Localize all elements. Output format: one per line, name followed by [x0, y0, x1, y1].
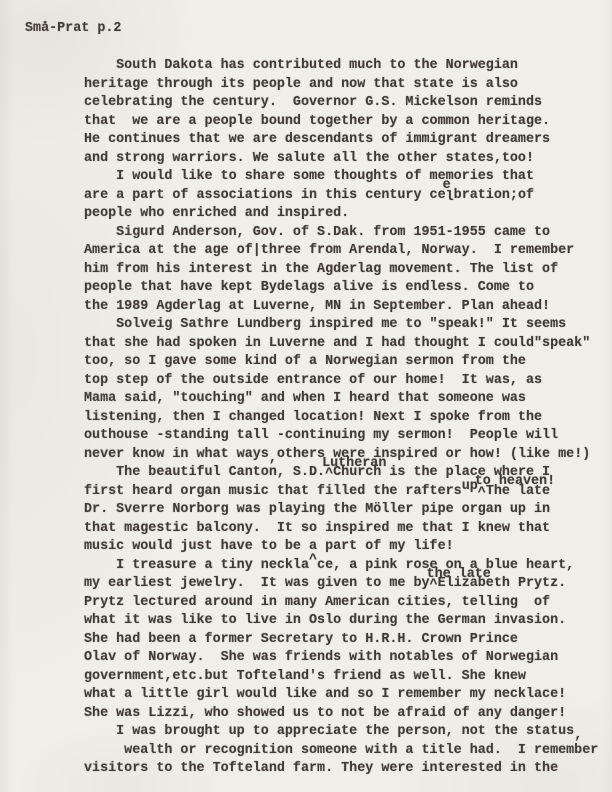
text-line: what a little girl would like and so I r… [84, 686, 598, 705]
typed-insertion: le [446, 187, 454, 206]
page-header-title: Små-Prat p.2 [25, 21, 121, 36]
text-line: Mama said, "touching" and when I heard t… [84, 390, 598, 409]
text-line: South Dakota has contributed much to the… [84, 57, 598, 76]
text-line: Dr. Sverre Norborg was playing the Mölle… [84, 501, 598, 520]
text-line: He continues that we are descendants of … [84, 131, 598, 150]
text-line: people who enriched and inspired. [84, 205, 598, 224]
text-line: celebrating the century. Governor G.S. M… [84, 94, 598, 113]
text-line: She was Lizzi, who showed us to not be a… [84, 705, 598, 724]
text-line: the 1989 Agderlag at Luverne, MN in Sept… [84, 298, 598, 317]
document-page: Små-Prat p.2 South Dakota has contribute… [0, 0, 612, 792]
text-line: are a part of associations in this centu… [84, 187, 598, 206]
text-line: Prytz lectured around in many American c… [84, 594, 598, 613]
text-line: and strong warriors. We salute all the o… [84, 150, 598, 169]
text-line: I would like to share some thoughts of m… [84, 168, 598, 187]
text-line: too, so I gave some kind of a Norwegian … [84, 353, 598, 372]
typed-insertion: ^Lutheran [325, 464, 333, 483]
text-line: visitors to the Tofteland farm. They wer… [84, 760, 598, 779]
text-line: wealth or recognition someone with a tit… [84, 742, 598, 761]
text-line: Olav of Norway. She was friends with not… [84, 649, 598, 668]
text-line: America at the age of|three from Arendal… [84, 242, 598, 261]
text-line: that we are a people bound together by a… [84, 113, 598, 132]
typed-insertion: , [269, 450, 277, 469]
text-line: top step of the outside entrance of our … [84, 372, 598, 391]
text-line: heritage through its people and now that… [84, 76, 598, 95]
page-body: South Dakota has contributed much to the… [84, 57, 598, 779]
text-line: outhouse -standing tall -continuing my s… [84, 427, 598, 446]
typed-insertion: ^the late [430, 575, 438, 594]
typed-insertion: ^ [309, 552, 317, 571]
text-line: listening, then I changed location! Next… [84, 409, 598, 428]
text-line: I treasure a tiny neckla^ce, a pink rose… [84, 557, 598, 576]
text-line: that magestic balcony. It so inspired me… [84, 520, 598, 539]
text-line: that she had spoken in Luverne and I had… [84, 335, 598, 354]
text-line: him from his interest in the Agderlag mo… [84, 261, 598, 280]
text-line: music would just have to be a part of my… [84, 538, 598, 557]
text-line: first heard organ music that filled the … [84, 483, 598, 502]
text-line: I was brought up to appreciate the perso… [84, 723, 598, 742]
text-line: what it was like to live in Oslo during … [84, 612, 598, 631]
typed-insertion: ^to heaven! [478, 483, 486, 502]
typed-insertion: , [574, 727, 582, 746]
text-line: government,etc.but Tofteland's friend as… [84, 668, 598, 687]
text-line: people that have kept Bydelags alive is … [84, 279, 598, 298]
text-line: Sigurd Anderson, Gov. of S.Dak. from 195… [84, 224, 598, 243]
text-line: Solveig Sathre Lundberg inspired me to "… [84, 316, 598, 335]
text-line: my earliest jewelry. It was given to me … [84, 575, 598, 594]
text-line: She had been a former Secretary to H.R.H… [84, 631, 598, 650]
